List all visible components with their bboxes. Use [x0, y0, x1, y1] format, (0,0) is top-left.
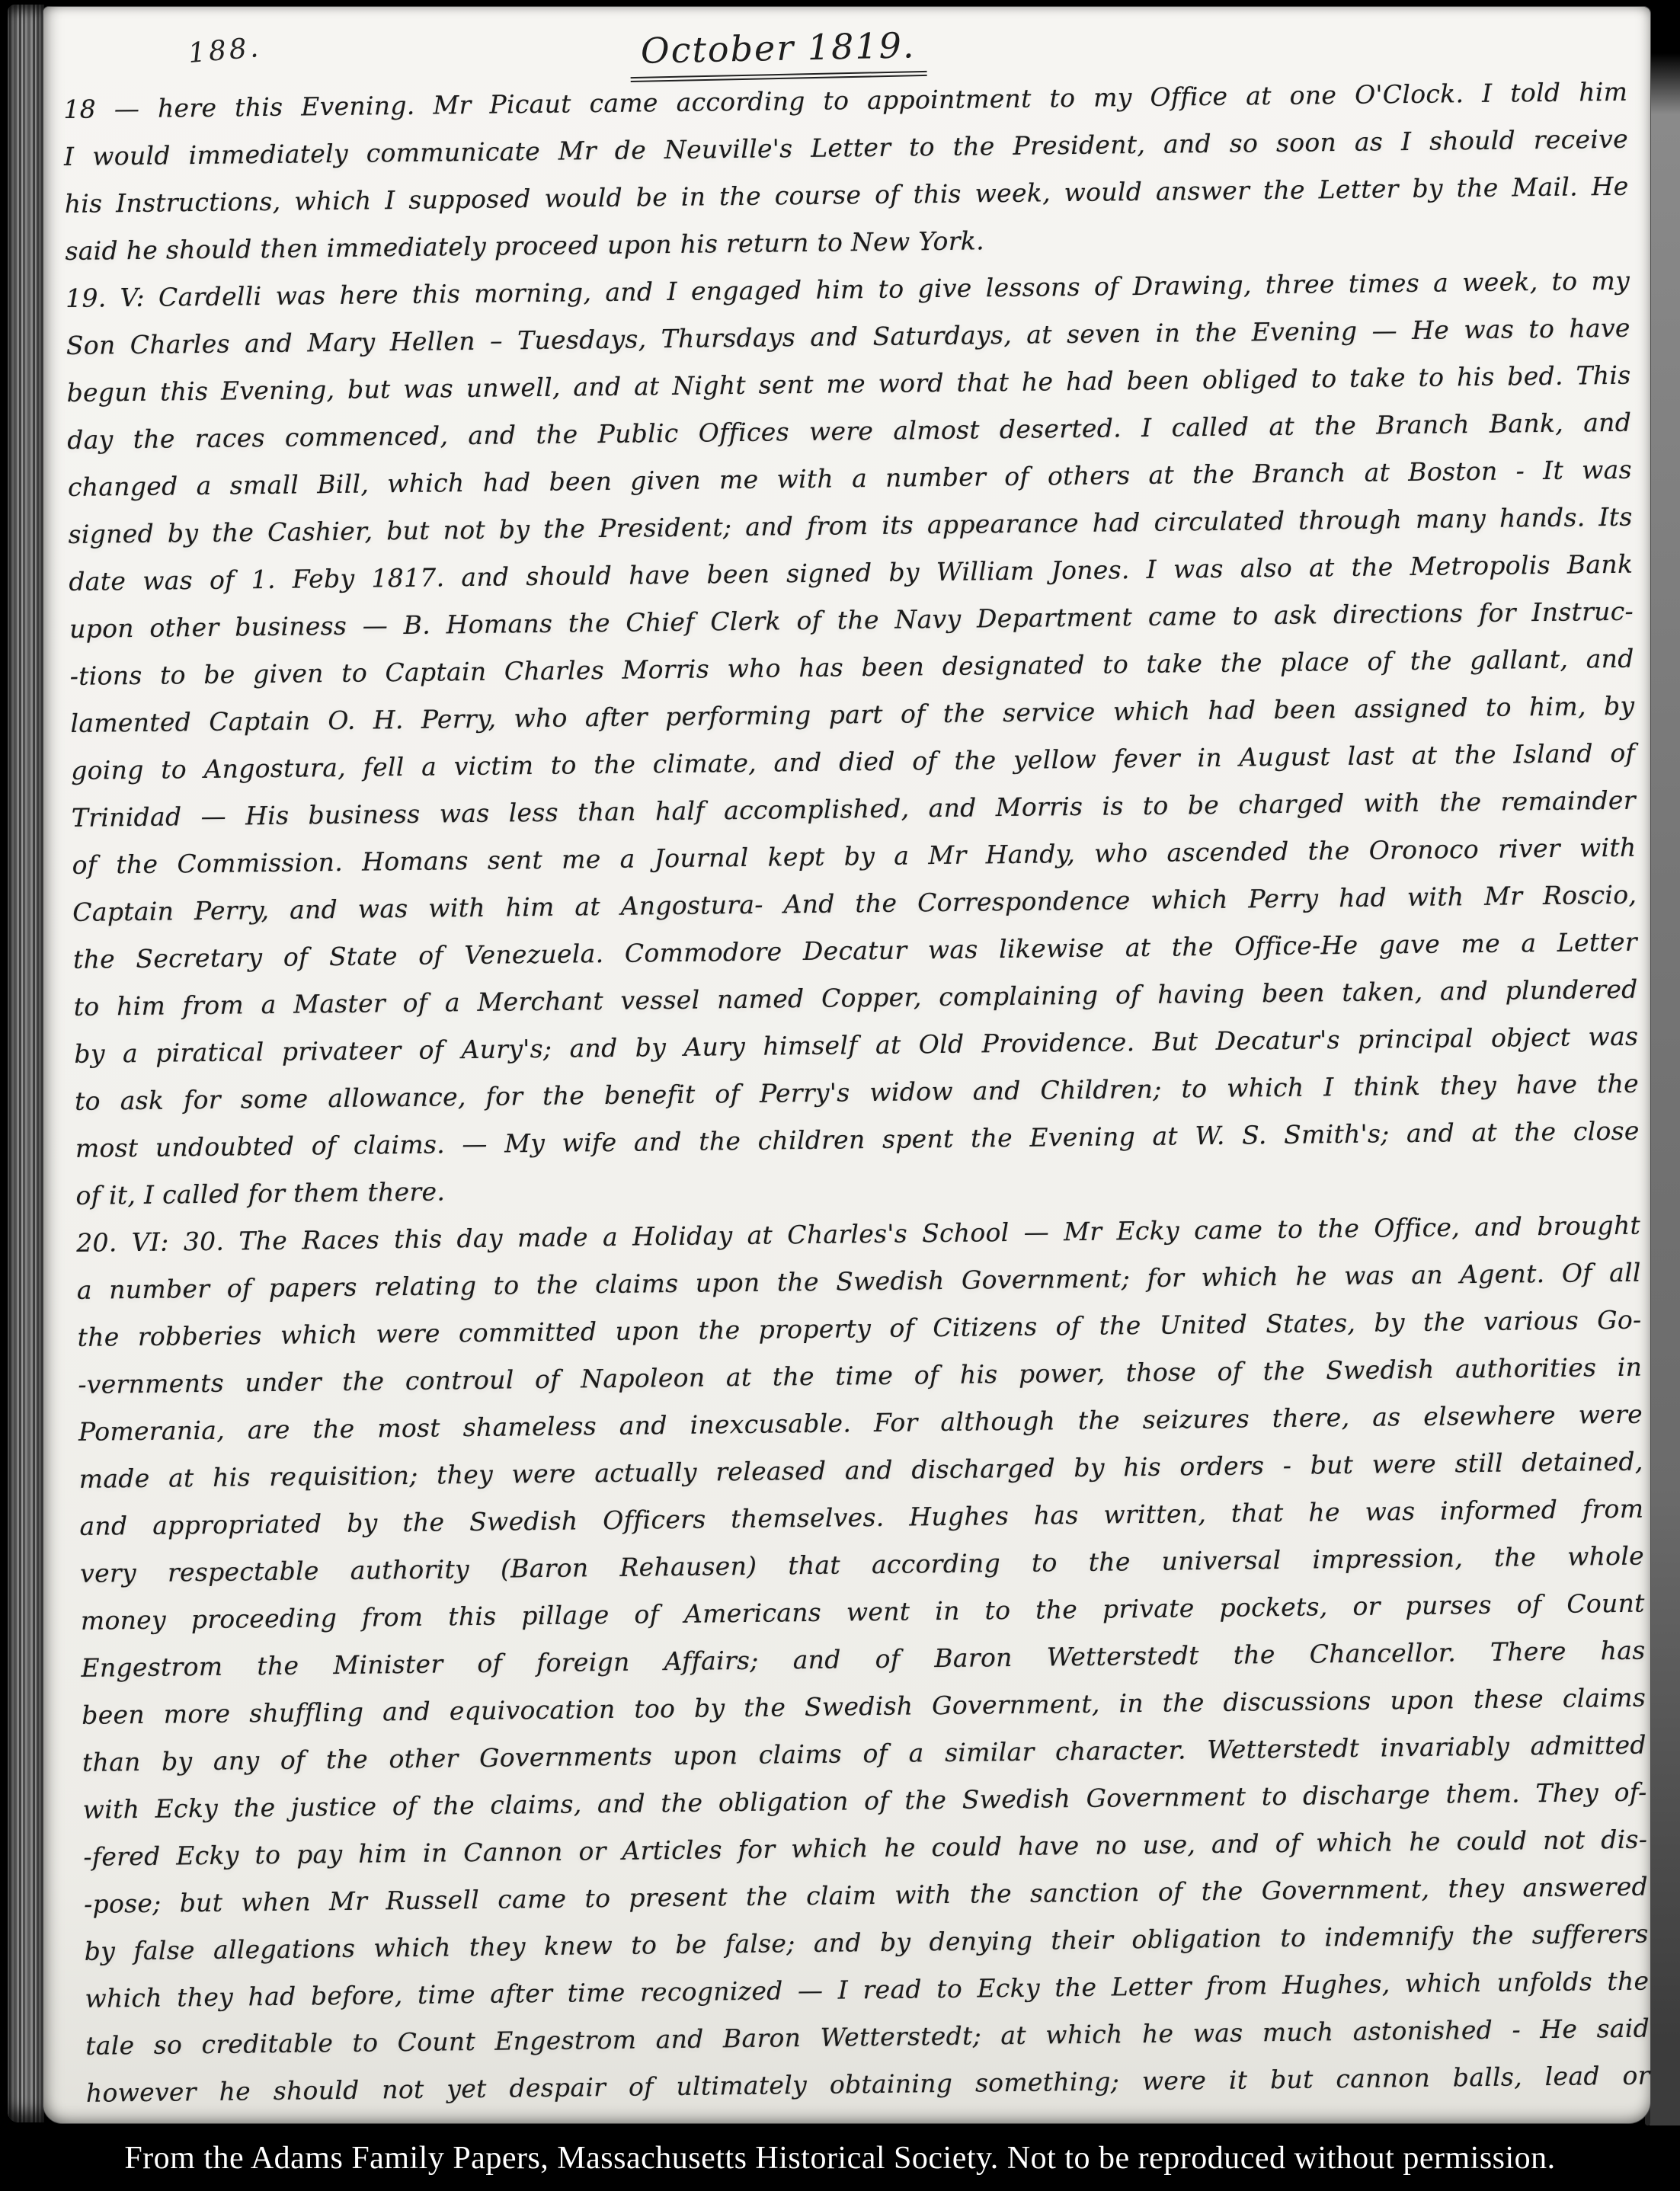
scanned-manuscript-photo: { "document": { "page_number": "188.", "… [0, 0, 1680, 2191]
manuscript-text: 18 — here this Evening. Mr Picaut came a… [63, 69, 1650, 2117]
manuscript-page: 188. October 1819. 18 — here this Evenin… [43, 6, 1651, 2124]
archive-caption: From the Adams Family Papers, Massachuse… [124, 2142, 1555, 2174]
scan-top-edge [0, 0, 1680, 6]
month-year-heading: October 1819. [630, 24, 927, 82]
archive-caption-bar: From the Adams Family Papers, Massachuse… [0, 2125, 1680, 2191]
book-spine-page-edges [8, 5, 44, 2122]
page-right-gutter-edge [1650, 0, 1680, 2125]
